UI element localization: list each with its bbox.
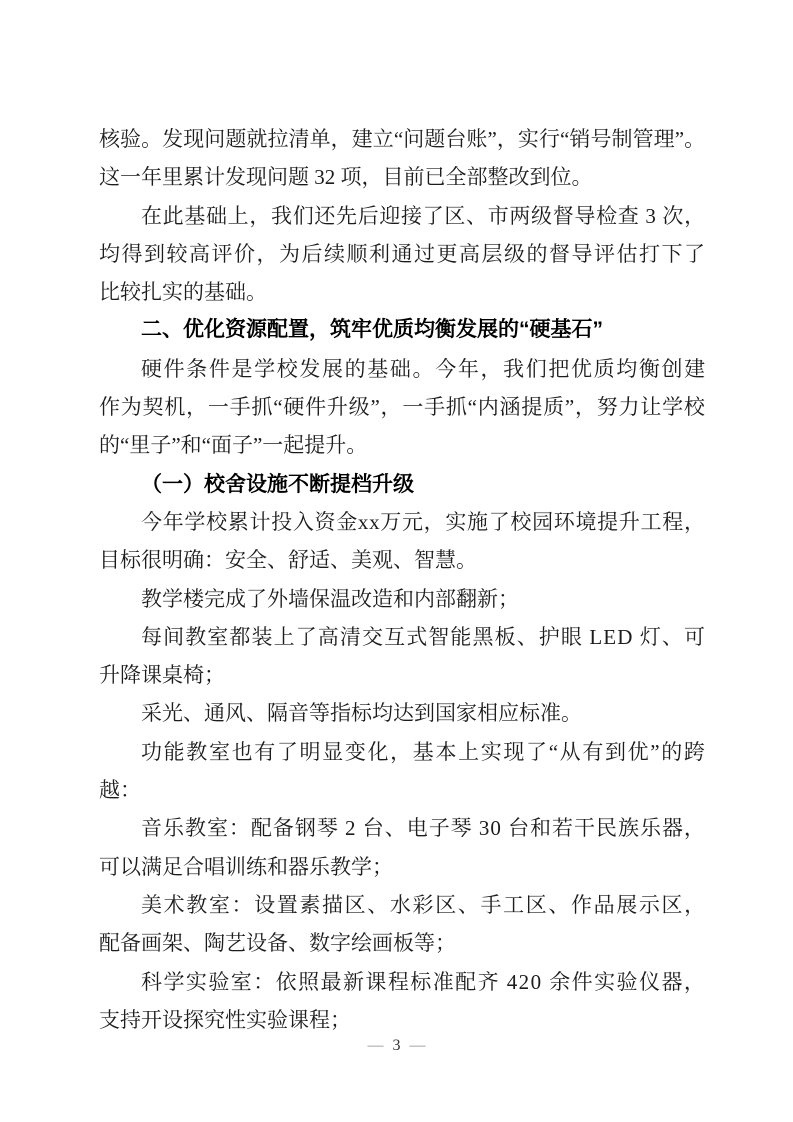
- line-text: 每间教室都装上了高清交互式智能黑板、护眼 LED 灯、可: [141, 625, 706, 649]
- line-text: 比较扎实的基础。: [99, 280, 267, 304]
- line-text: 配备画架、陶艺设备、数字绘画板等；: [99, 931, 456, 955]
- text-line: 这一年里累计发现问题 32 项，目前已全部整改到位。: [99, 158, 705, 196]
- text-line: 作为契机，一手抓“硬件升级”，一手抓“内涵提质”，努力让学校: [99, 388, 705, 426]
- text-line: 科学实验室：依照最新课程标准配齐 420 余件实验仪器，: [99, 963, 705, 1001]
- line-text: 可以满足合唱训练和器乐教学；: [99, 855, 393, 879]
- text-line: 的“里子”和“面子”一起提升。: [99, 426, 705, 464]
- text-line: 在此基础上，我们还先后迎接了区、市两级督导检查 3 次，: [99, 197, 705, 235]
- line-text: 升降课桌椅；: [99, 663, 225, 687]
- text-line: 配备画架、陶艺设备、数字绘画板等；: [99, 924, 705, 962]
- text-line: 教学楼完成了外墙保温改造和内部翻新；: [99, 580, 705, 618]
- text-line: 音乐教室：配备钢琴 2 台、电子琴 30 台和若干民族乐器，: [99, 809, 705, 847]
- text-line: 可以满足合唱训练和器乐教学；: [99, 848, 705, 886]
- line-text: 作为契机，一手抓“硬件升级”，一手抓“内涵提质”，努力让学校: [99, 395, 706, 419]
- line-text: 核验。发现问题就拉清单，建立“问题台账”，实行“销号制管理”。: [99, 127, 705, 151]
- subsection-heading: （一）校舍设施不断提档升级: [99, 465, 705, 503]
- line-text: 均得到较高评价，为后续顺利通过更高层级的督导评估打下了: [99, 242, 707, 266]
- line-text: 目标很明确：安全、舒适、美观、智慧。: [99, 548, 477, 572]
- text-line: 每间教室都装上了高清交互式智能黑板、护眼 LED 灯、可: [99, 618, 705, 656]
- line-text: 今年学校累计投入资金xx万元，实施了校园环境提升工程，: [141, 510, 706, 534]
- line-text: 采光、通风、隔音等指标均达到国家相应标准。: [141, 701, 582, 725]
- line-text: 越：: [99, 778, 141, 802]
- text-line: 硬件条件是学校发展的基础。今年，我们把优质均衡创建: [99, 350, 705, 388]
- page-number: 3: [393, 1037, 401, 1054]
- footer-dash-left: —: [368, 1037, 384, 1054]
- line-text: 支持开设探究性实验课程；: [99, 1008, 351, 1032]
- text-line: 功能教室也有了明显变化，基本上实现了“从有到优”的跨: [99, 733, 705, 771]
- line-text: 这一年里累计发现问题 32 项，目前已全部整改到位。: [99, 165, 593, 189]
- text-line: 今年学校累计投入资金xx万元，实施了校园环境提升工程，: [99, 503, 705, 541]
- text-line: 美术教室：设置素描区、水彩区、手工区、作品展示区，: [99, 886, 705, 924]
- line-text: 的“里子”和“面子”一起提升。: [99, 433, 367, 457]
- line-text: 二、优化资源配置，筑牢优质均衡发展的“硬基石”: [141, 318, 603, 341]
- line-text: 科学实验室：依照最新课程标准配齐 420 余件实验仪器，: [141, 970, 706, 994]
- line-text: 音乐教室：配备钢琴 2 台、电子琴 30 台和若干民族乐器，: [141, 816, 706, 840]
- text-line: 目标很明确：安全、舒适、美观、智慧。: [99, 541, 705, 579]
- line-text: 美术教室：设置素描区、水彩区、手工区、作品展示区，: [141, 893, 707, 917]
- text-line: 比较扎实的基础。: [99, 273, 705, 311]
- text-line: 越：: [99, 771, 705, 809]
- page-footer: —3—: [0, 1035, 793, 1057]
- document-page: 核验。发现问题就拉清单，建立“问题台账”，实行“销号制管理”。这一年里累计发现问…: [0, 0, 793, 1122]
- section-heading: 二、优化资源配置，筑牢优质均衡发展的“硬基石”: [99, 311, 705, 349]
- line-text: （一）校舍设施不断提档升级: [141, 472, 414, 496]
- line-text: 在此基础上，我们还先后迎接了区、市两级督导检查 3 次，: [141, 204, 706, 228]
- text-line: 升降课桌椅；: [99, 656, 705, 694]
- text-line: 核验。发现问题就拉清单，建立“问题台账”，实行“销号制管理”。: [99, 120, 705, 158]
- line-text: 教学楼完成了外墙保温改造和内部翻新；: [141, 587, 519, 611]
- text-line: 采光、通风、隔音等指标均达到国家相应标准。: [99, 694, 705, 732]
- footer-dash-right: —: [410, 1037, 426, 1054]
- text-line: 均得到较高评价，为后续顺利通过更高层级的督导评估打下了: [99, 235, 705, 273]
- document-body: 核验。发现问题就拉清单，建立“问题台账”，实行“销号制管理”。这一年里累计发现问…: [99, 120, 705, 1039]
- text-line: 支持开设探究性实验课程；: [99, 1001, 705, 1039]
- line-text: 功能教室也有了明显变化，基本上实现了“从有到优”的跨: [141, 740, 707, 764]
- line-text: 硬件条件是学校发展的基础。今年，我们把优质均衡创建: [141, 357, 707, 381]
